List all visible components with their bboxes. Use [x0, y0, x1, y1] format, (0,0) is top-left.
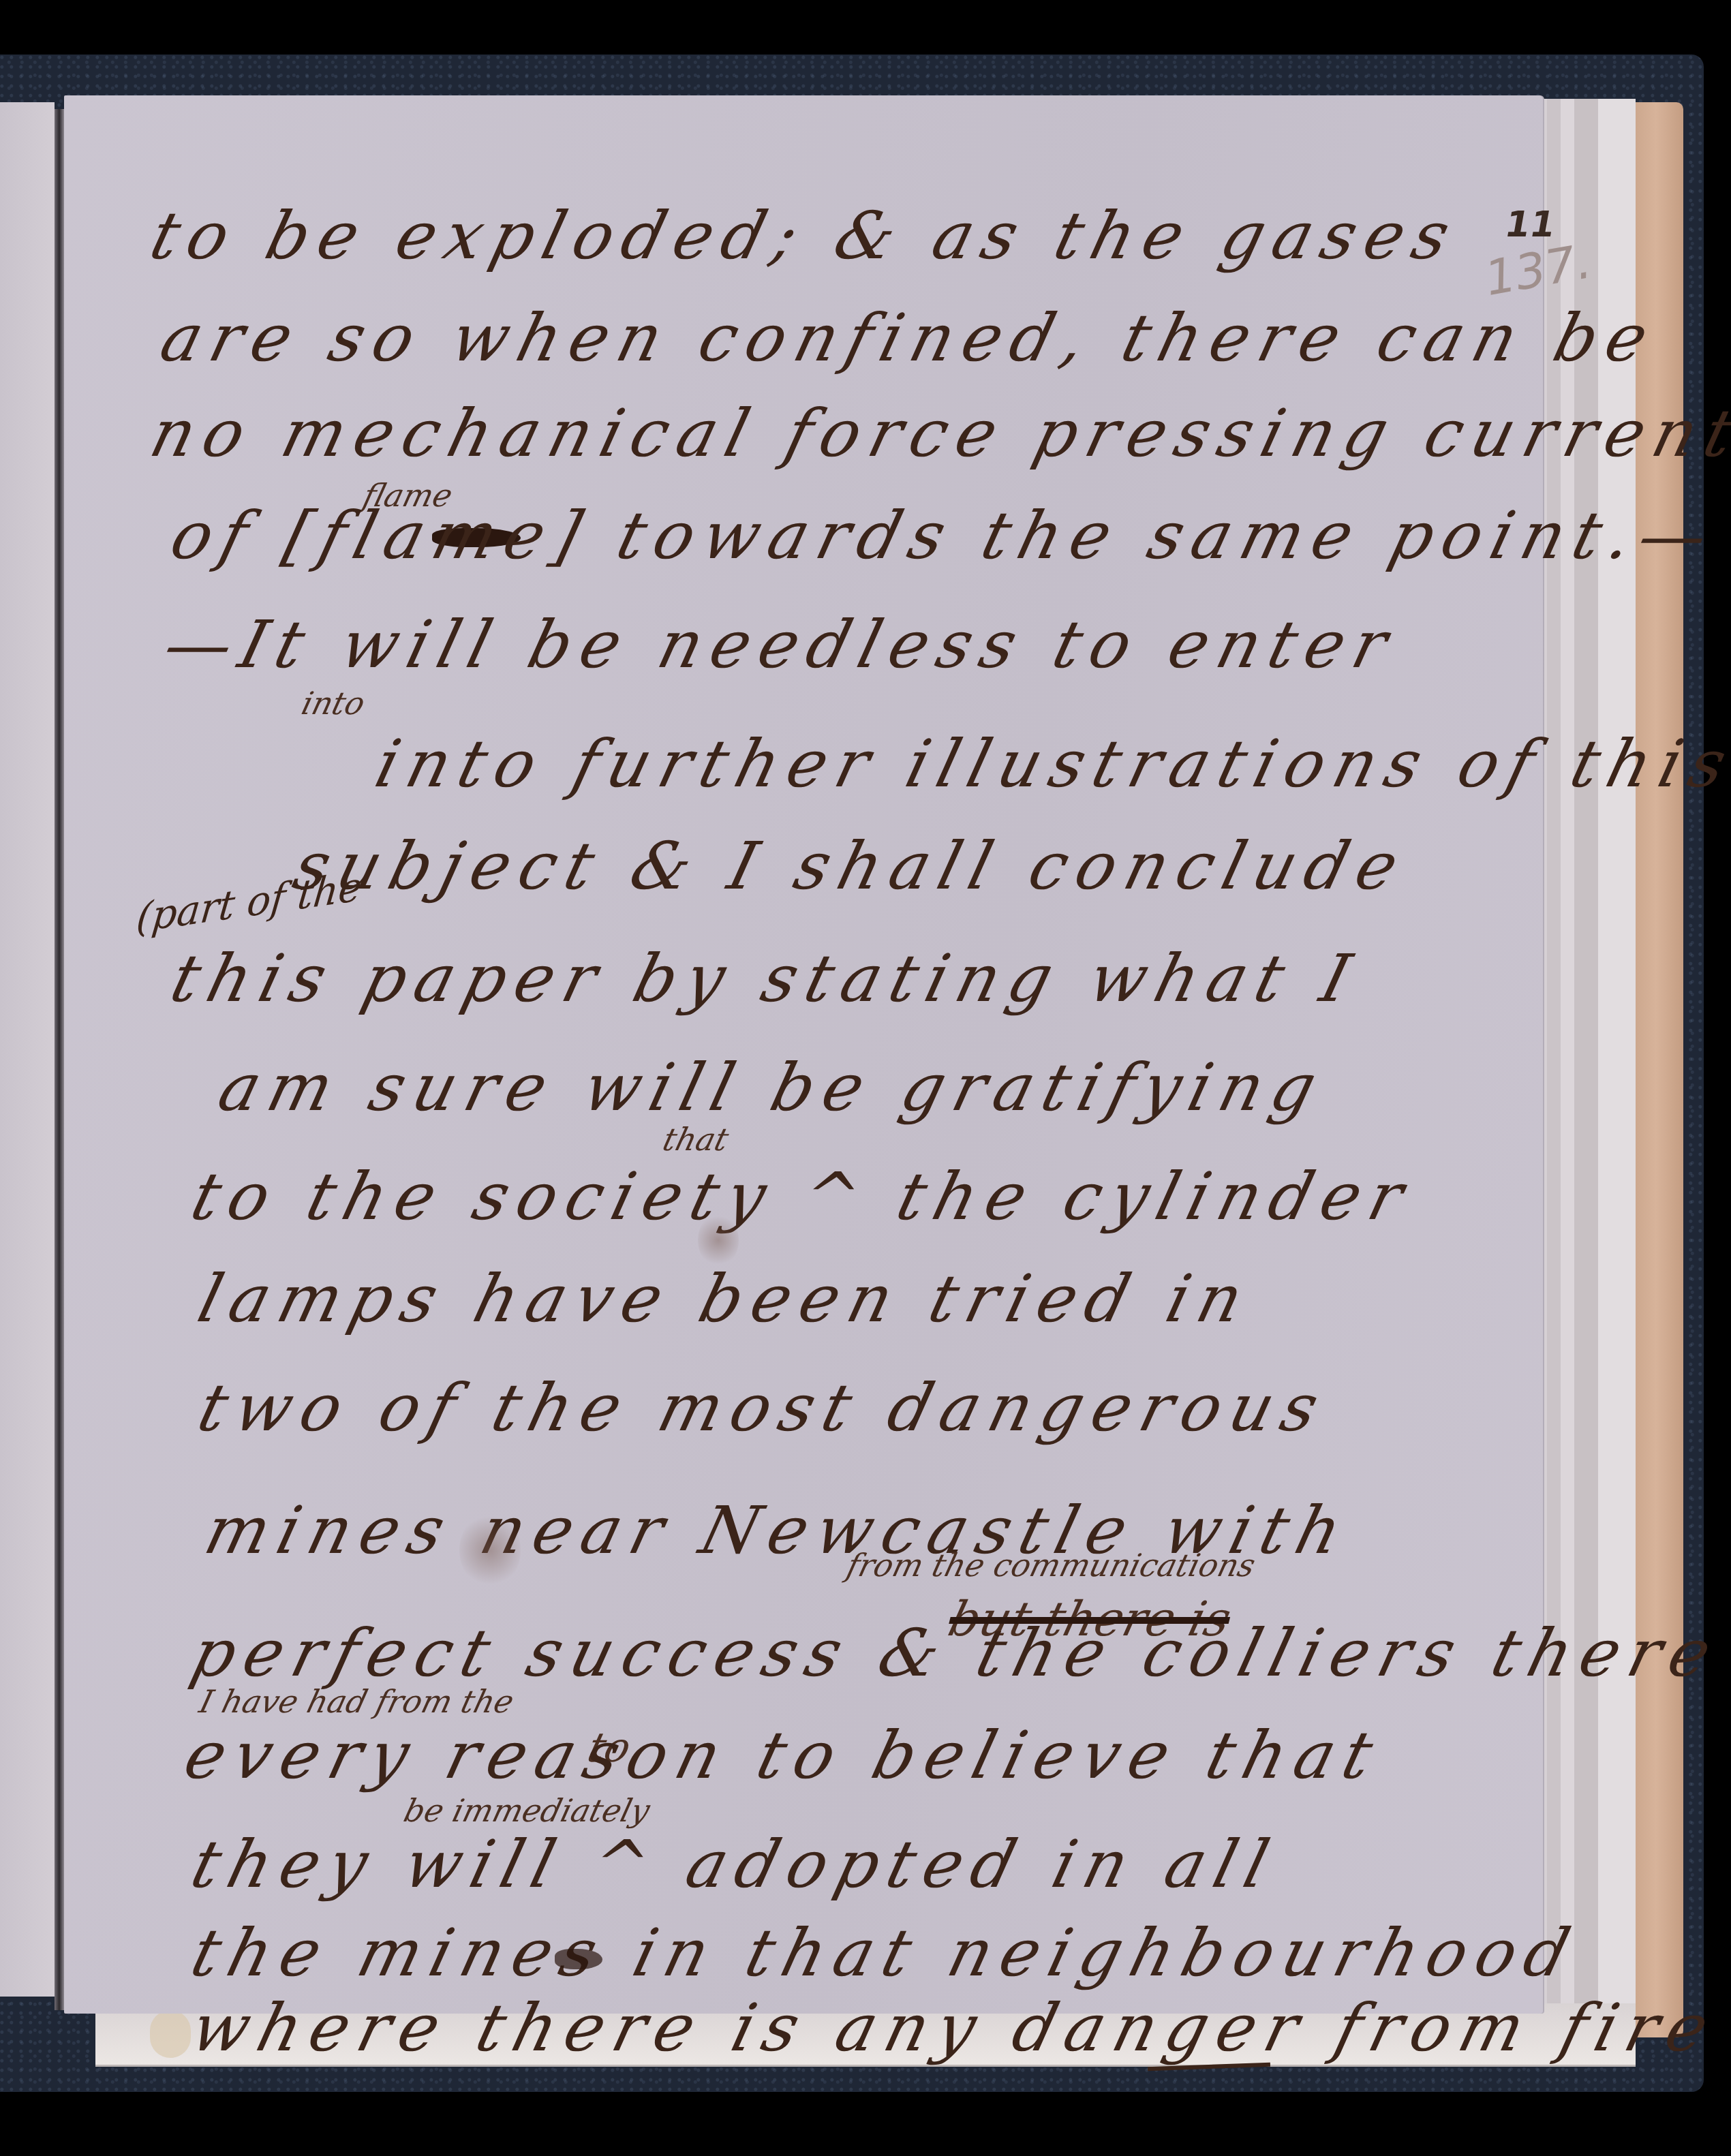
gutter — [55, 109, 64, 2010]
ink-smudge — [459, 1513, 521, 1588]
manuscript-line: two of the most dangerous — [191, 1370, 1335, 1446]
manuscript-line: subject & I shall conclude — [286, 828, 1415, 904]
insertion-from-communications: from the communications — [843, 1547, 1259, 1584]
manuscript-line: lamps have been tried in — [191, 1261, 1260, 1337]
stain — [150, 2010, 191, 2058]
left-page-edge — [0, 102, 55, 1997]
manuscript-line: of [flame] towards the same point.— — [164, 497, 1725, 574]
insertion-immediately: be immediately — [400, 1792, 654, 1829]
manuscript-line: every reason to believe that — [177, 1717, 1390, 1793]
manuscript-line: they will ^ adopted in all — [184, 1826, 1286, 1903]
page-stack-edge — [1533, 99, 1636, 2020]
manuscript-line: this paper by stating what I — [164, 940, 1368, 1017]
insertion-into: into — [298, 685, 369, 722]
manuscript-line: to be exploded; & as the gases — [143, 198, 1467, 274]
manuscript-page: 11 137. to be exploded; & as the gases a… — [64, 95, 1543, 2014]
insertion-had-from: I have had from the — [196, 1683, 518, 1720]
endpaper-edge — [1629, 102, 1683, 2037]
manuscript-line: into further illustrations of this theor… — [368, 726, 1731, 802]
manuscript-line: the mines in that neighbourhood — [184, 1915, 1587, 1991]
manuscript-line: are so when confined, there can be — [153, 300, 1665, 376]
manuscript-line: perfect success & the colliers there is — [184, 1615, 1731, 1691]
manuscript-line: am sure will be gratifying — [211, 1049, 1333, 1126]
insertion-that: that — [659, 1121, 732, 1158]
manuscript-line: to the society ^ the cylinder — [184, 1158, 1420, 1235]
manuscript-line: —It will be needless to enter — [157, 606, 1405, 683]
manuscript-line: where there is any danger from fire damp… — [184, 1990, 1731, 2066]
ink-smudge — [698, 1213, 739, 1267]
ink-blot-deletion — [555, 1949, 602, 1969]
manuscript-line: no mechanical force pressing currents — [143, 395, 1731, 472]
